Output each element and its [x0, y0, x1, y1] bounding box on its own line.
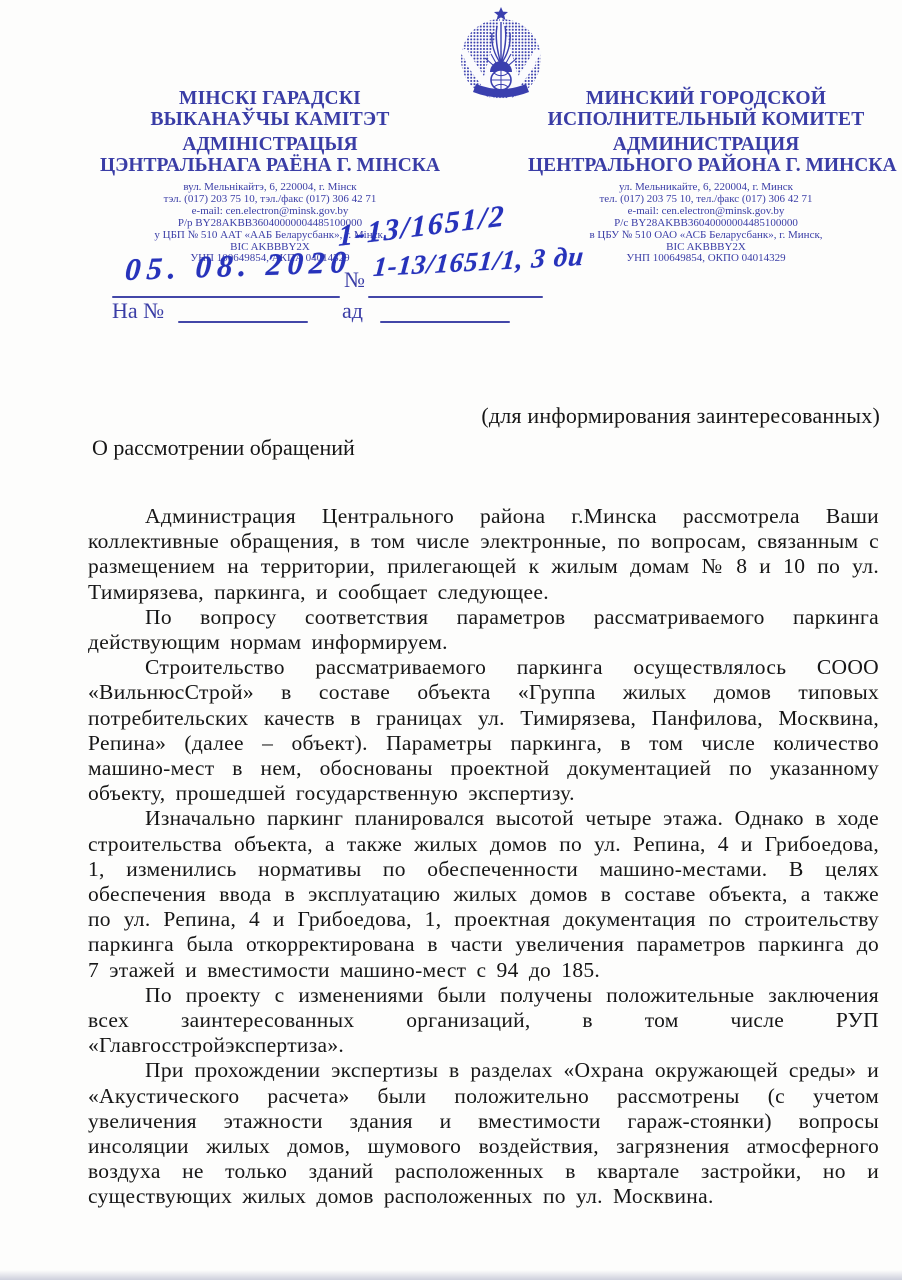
date-underline — [112, 296, 340, 298]
admin-name-line: АДМИНИСТРАЦИЯ — [528, 135, 884, 156]
admin-name-ru: АДМИНИСТРАЦИЯ ЦЕНТРАЛЬНОГО РАЙОНА Г. МИН… — [528, 135, 884, 176]
letter-paragraph: По вопросу соответствия параметров рассм… — [88, 605, 879, 655]
org-name-ru: МИНСКИЙ ГОРОДСКОЙ ИСПОЛНИТЕЛЬНЫЙ КОМИТЕТ — [528, 88, 884, 130]
letter-paragraph: При прохождении экспертизы в разделах «О… — [88, 1058, 879, 1209]
number-underline — [368, 296, 543, 298]
letter-body: Администрация Центрального района г.Минс… — [88, 504, 879, 1210]
letter-paragraph: Строительство рассматриваемого паркинга … — [88, 655, 879, 806]
admin-name-line: ЦЕНТРАЛЬНОГО РАЙОНА Г. МИНСКА — [528, 156, 884, 177]
scan-bottom-edge — [0, 1270, 902, 1280]
reply-date-underline — [380, 321, 510, 323]
reply-from-date-label: ад — [342, 299, 363, 323]
address-line: Р/с BY28AKBB36040000004485100000 — [528, 218, 884, 230]
letter-paragraph: По проекту с изменениями были получены п… — [88, 983, 879, 1059]
reply-number-underline — [178, 321, 308, 323]
scanned-letter-page: МІНСКІ ГАРАДСКІ ВЫКАНАЎЧЫ КАМІТЭТ АДМІНІ… — [0, 0, 902, 1280]
letter-paragraph: Изначально паркинг планировался высотой … — [88, 806, 879, 982]
letterhead-russian-column: МИНСКИЙ ГОРОДСКОЙ ИСПОЛНИТЕЛЬНЫЙ КОМИТЕТ… — [528, 88, 884, 265]
address-line: e-mail: cen.electron@minsk.gov.by — [528, 206, 884, 218]
reply-to-number-label: На № — [112, 299, 164, 323]
admin-name-by: АДМІНІСТРАЦЫЯ ЦЭНТРАЛЬНАГА РАЁНА Г. МІНС… — [92, 135, 448, 176]
org-name-line: МІНСКІ ГАРАДСКІ — [92, 88, 448, 109]
org-name-line: МИНСКИЙ ГОРОДСКОЙ — [528, 88, 884, 109]
admin-name-line: АДМІНІСТРАЦЫЯ — [92, 135, 448, 156]
org-name-line: ИСПОЛНИТЕЛЬНЫЙ КОМИТЕТ — [528, 109, 884, 130]
org-name-by: МІНСКІ ГАРАДСКІ ВЫКАНАЎЧЫ КАМІТЭТ — [92, 88, 448, 130]
admin-name-line: ЦЭНТРАЛЬНАГА РАЁНА Г. МІНСКА — [92, 156, 448, 177]
address-line: в ЦБУ № 510 ОАО «АСБ Беларусбанк», г. Ми… — [528, 230, 884, 242]
distribution-note: (для информирования заинтересованных) — [481, 403, 880, 429]
org-name-line: ВЫКАНАЎЧЫ КАМІТЭТ — [92, 109, 448, 130]
letter-subject: О рассмотрении обращений — [92, 435, 355, 461]
letter-paragraph: Администрация Центрального района г.Минс… — [88, 504, 879, 605]
handwritten-date: 05. 08. 2020 — [124, 244, 353, 288]
